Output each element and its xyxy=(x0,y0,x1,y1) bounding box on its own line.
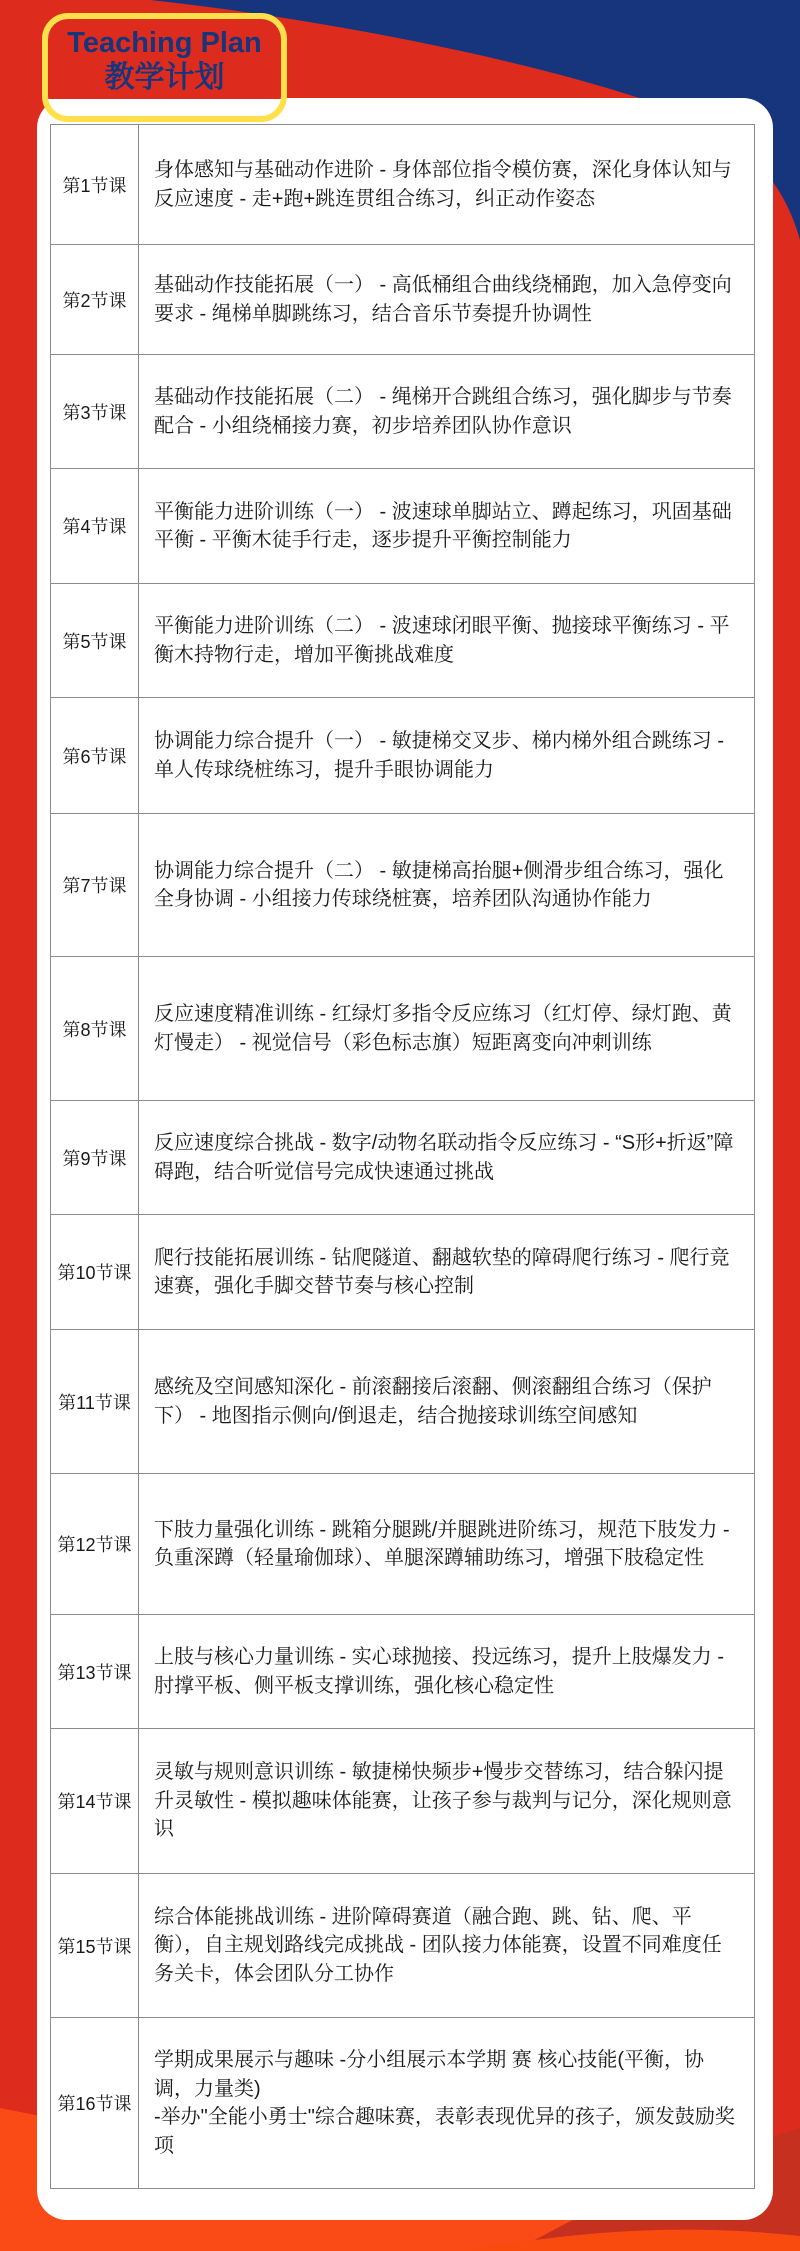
lesson-description: 感统及空间感知深化 - 前滚翻接后滚翻、侧滚翻组合练习（保护下） - 地图指示侧… xyxy=(139,1330,754,1473)
lesson-number: 第10节课 xyxy=(51,1215,139,1329)
table-row: 第4节课 平衡能力进阶训练（一） - 波速球单脚站立、蹲起练习，巩固基础平衡 -… xyxy=(51,468,754,583)
lesson-description: 平衡能力进阶训练（二） - 波速球闭眼平衡、抛接球平衡练习 - 平衡木持物行走，… xyxy=(139,584,754,697)
lesson-number: 第11节课 xyxy=(51,1330,139,1473)
lesson-number: 第4节课 xyxy=(51,469,139,583)
table-row: 第8节课 反应速度精准训练 - 红绿灯多指令反应练习（红灯停、绿灯跑、黄灯慢走）… xyxy=(51,956,754,1100)
teaching-plan-table: 第1节课 身体感知与基础动作进阶 - 身体部位指令模仿赛，深化身体认知与反应速度… xyxy=(50,124,755,2189)
lesson-description: 学期成果展示与趣味 -分小组展示本学期 赛 核心技能(平衡，协 调，力量类) -… xyxy=(139,2018,754,2188)
lesson-number: 第9节课 xyxy=(51,1101,139,1214)
lesson-description: 综合体能挑战训练 - 进阶障碍赛道（融合跑、跳、钻、爬、平衡），自主规划路线完成… xyxy=(139,1874,754,2017)
lesson-description: 反应速度精准训练 - 红绿灯多指令反应练习（红灯停、绿灯跑、黄灯慢走） - 视觉… xyxy=(139,957,754,1100)
lesson-number: 第6节课 xyxy=(51,698,139,813)
table-row: 第10节课 爬行技能拓展训练 - 钻爬隧道、翻越软垫的障碍爬行练习 - 爬行竞速… xyxy=(51,1214,754,1329)
lesson-description: 爬行技能拓展训练 - 钻爬隧道、翻越软垫的障碍爬行练习 - 爬行竞速赛，强化手脚… xyxy=(139,1215,754,1329)
table-row: 第2节课 基础动作技能拓展（一） - 高低桶组合曲线绕桶跑，加入急停变向要求 -… xyxy=(51,244,754,354)
lesson-description: 灵敏与规则意识训练 - 敏捷梯快频步+慢步交替练习，结合躲闪提升灵敏性 - 模拟… xyxy=(139,1729,754,1873)
lesson-description: 基础动作技能拓展（一） - 高低桶组合曲线绕桶跑，加入急停变向要求 - 绳梯单脚… xyxy=(139,245,754,354)
lesson-description: 身体感知与基础动作进阶 - 身体部位指令模仿赛，深化身体认知与反应速度 - 走+… xyxy=(139,125,754,244)
table-row: 第9节课 反应速度综合挑战 - 数字/动物名联动指令反应练习 - “S形+折返”… xyxy=(51,1100,754,1214)
lesson-number: 第5节课 xyxy=(51,584,139,697)
page-title-zh: 教学计划 xyxy=(105,61,225,94)
lesson-description: 反应速度综合挑战 - 数字/动物名联动指令反应练习 - “S形+折返”障碍跑，结… xyxy=(139,1101,754,1214)
lesson-description: 下肢力量强化训练 - 跳箱分腿跳/并腿跳进阶练习，规范下肢发力 - 负重深蹲（轻… xyxy=(139,1474,754,1614)
table-row: 第1节课 身体感知与基础动作进阶 - 身体部位指令模仿赛，深化身体认知与反应速度… xyxy=(51,125,754,244)
lesson-number: 第16节课 xyxy=(51,2018,139,2188)
table-row: 第15节课 综合体能挑战训练 - 进阶障碍赛道（融合跑、跳、钻、爬、平衡），自主… xyxy=(51,1873,754,2017)
lesson-number: 第2节课 xyxy=(51,245,139,354)
table-row: 第13节课 上肢与核心力量训练 - 实心球抛接、投远练习，提升上肢爆发力 - 肘… xyxy=(51,1614,754,1728)
lesson-number: 第12节课 xyxy=(51,1474,139,1614)
lesson-description: 协调能力综合提升（二） - 敏捷梯高抬腿+侧滑步组合练习，强化全身协调 - 小组… xyxy=(139,814,754,956)
table-row: 第12节课 下肢力量强化训练 - 跳箱分腿跳/并腿跳进阶练习，规范下肢发力 - … xyxy=(51,1473,754,1614)
table-row: 第3节课 基础动作技能拓展（二） - 绳梯开合跳组合练习，强化脚步与节奏配合 -… xyxy=(51,354,754,468)
content-card: 第1节课 身体感知与基础动作进阶 - 身体部位指令模仿赛，深化身体认知与反应速度… xyxy=(37,98,773,2220)
lesson-description: 协调能力综合提升（一） - 敏捷梯交叉步、梯内梯外组合跳练习 - 单人传球绕桩练… xyxy=(139,698,754,813)
lesson-number: 第3节课 xyxy=(51,355,139,468)
lesson-number: 第7节课 xyxy=(51,814,139,956)
table-row: 第7节课 协调能力综合提升（二） - 敏捷梯高抬腿+侧滑步组合练习，强化全身协调… xyxy=(51,813,754,956)
table-row: 第11节课 感统及空间感知深化 - 前滚翻接后滚翻、侧滚翻组合练习（保护下） -… xyxy=(51,1329,754,1473)
table-row: 第16节课 学期成果展示与趣味 -分小组展示本学期 赛 核心技能(平衡，协 调，… xyxy=(51,2017,754,2188)
lesson-description: 基础动作技能拓展（二） - 绳梯开合跳组合练习，强化脚步与节奏配合 - 小组绕桶… xyxy=(139,355,754,468)
lesson-description: 平衡能力进阶训练（一） - 波速球单脚站立、蹲起练习，巩固基础平衡 - 平衡木徒… xyxy=(139,469,754,583)
teaching-plan-poster: 第1节课 身体感知与基础动作进阶 - 身体部位指令模仿赛，深化身体认知与反应速度… xyxy=(0,0,800,2251)
lesson-number: 第1节课 xyxy=(51,125,139,244)
table-row: 第5节课 平衡能力进阶训练（二） - 波速球闭眼平衡、抛接球平衡练习 - 平衡木… xyxy=(51,583,754,697)
page-title-en: Teaching Plan xyxy=(67,28,261,58)
table-row: 第14节课 灵敏与规则意识训练 - 敏捷梯快频步+慢步交替练习，结合躲闪提升灵敏… xyxy=(51,1728,754,1873)
title-badge: Teaching Plan 教学计划 xyxy=(42,13,287,122)
lesson-number: 第15节课 xyxy=(51,1874,139,2017)
lesson-description: 上肢与核心力量训练 - 实心球抛接、投远练习，提升上肢爆发力 - 肘撑平板、侧平… xyxy=(139,1615,754,1728)
lesson-number: 第8节课 xyxy=(51,957,139,1100)
lesson-number: 第14节课 xyxy=(51,1729,139,1873)
table-row: 第6节课 协调能力综合提升（一） - 敏捷梯交叉步、梯内梯外组合跳练习 - 单人… xyxy=(51,697,754,813)
lesson-number: 第13节课 xyxy=(51,1615,139,1728)
title-badge-inner: Teaching Plan 教学计划 xyxy=(48,19,281,99)
